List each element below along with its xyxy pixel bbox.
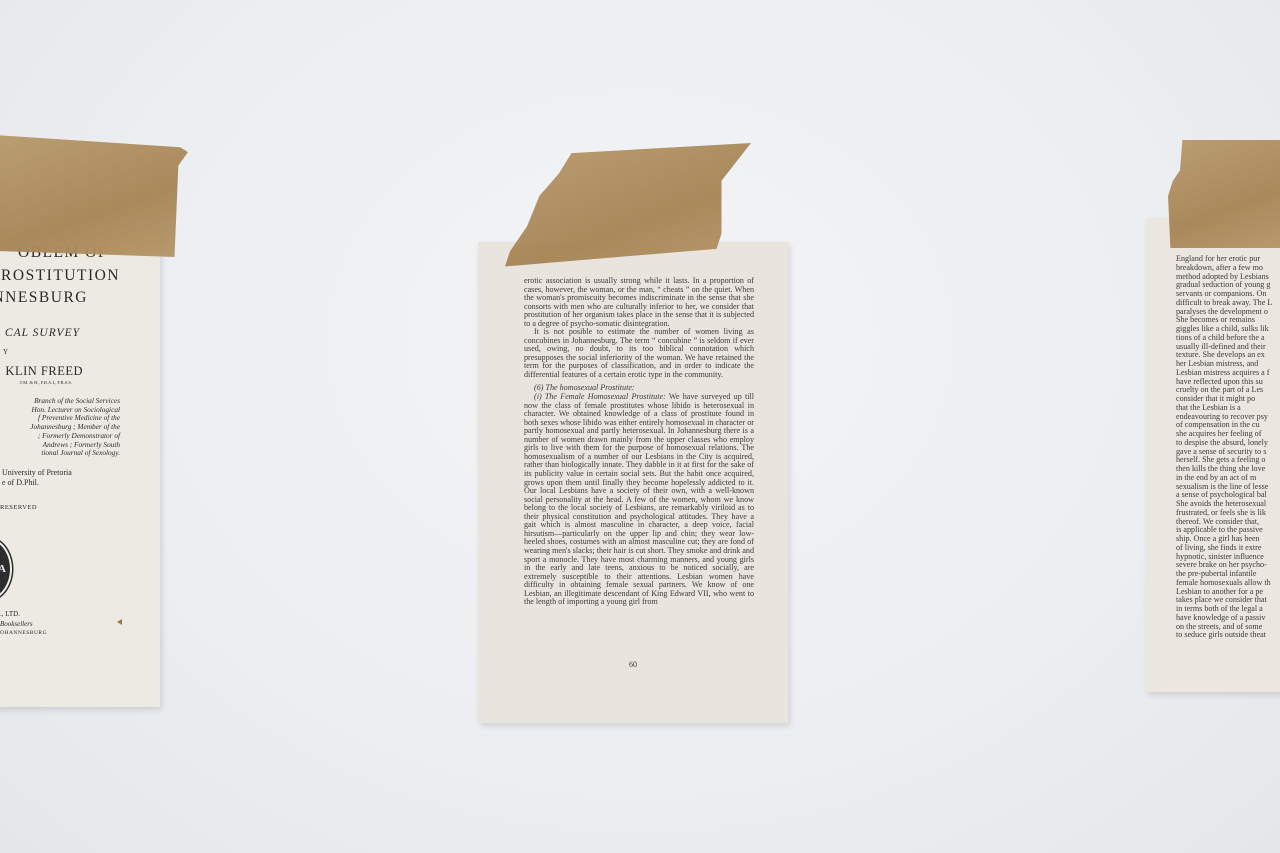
right-book-page: England for her erotic purbreakdown, aft… [1146,218,1280,692]
title-line-3: NNESBURG [0,289,88,307]
author-bio: Branch of the Social Services Hon. Lectu… [30,397,120,458]
page-number: 60 [478,660,788,669]
university-note: University of Pretoria e of D.Phil. [2,468,72,488]
text-line: to seduce girls outside theat [1176,631,1280,640]
tape-left [0,135,188,257]
publisher-type: Booksellers [0,620,33,628]
subsection-text: We have surveyed up till now the class o… [524,392,754,606]
paragraph-2: It is not posible to estimate the number… [524,328,754,379]
page-text: erotic association is usually strong whi… [524,277,754,607]
page-text: England for her erotic purbreakdown, aft… [1176,255,1280,640]
by-label: Y [3,348,8,356]
center-book-page: erotic association is usually strong whi… [478,242,788,723]
publisher-name: ., LTD. [0,610,20,618]
left-book-page: OBLEM OF ROSTITUTION NNESBURG CAL SURVEY… [0,232,160,707]
paragraph-3: (i) The Female Homosexual Prostitute: We… [524,393,754,607]
tape-right [1168,140,1280,248]
author-name: KLIN FREED [5,364,83,379]
paragraph-1: erotic association is usually strong whi… [524,277,754,328]
title-line-2: ROSTITUTION [1,267,120,285]
section-heading: (6) The homosexual Prostitute: [524,384,754,393]
publisher-logo-icon: FA [0,537,12,601]
publisher-city: OHANNESBURG [0,630,47,636]
author-credentials: .T.M. & H., F.R.A.I., F.R.S.S. [19,380,72,385]
rights-reserved: RESERVED [0,504,37,511]
subtitle: CAL SURVEY [5,327,80,339]
paper-speck [117,619,122,625]
